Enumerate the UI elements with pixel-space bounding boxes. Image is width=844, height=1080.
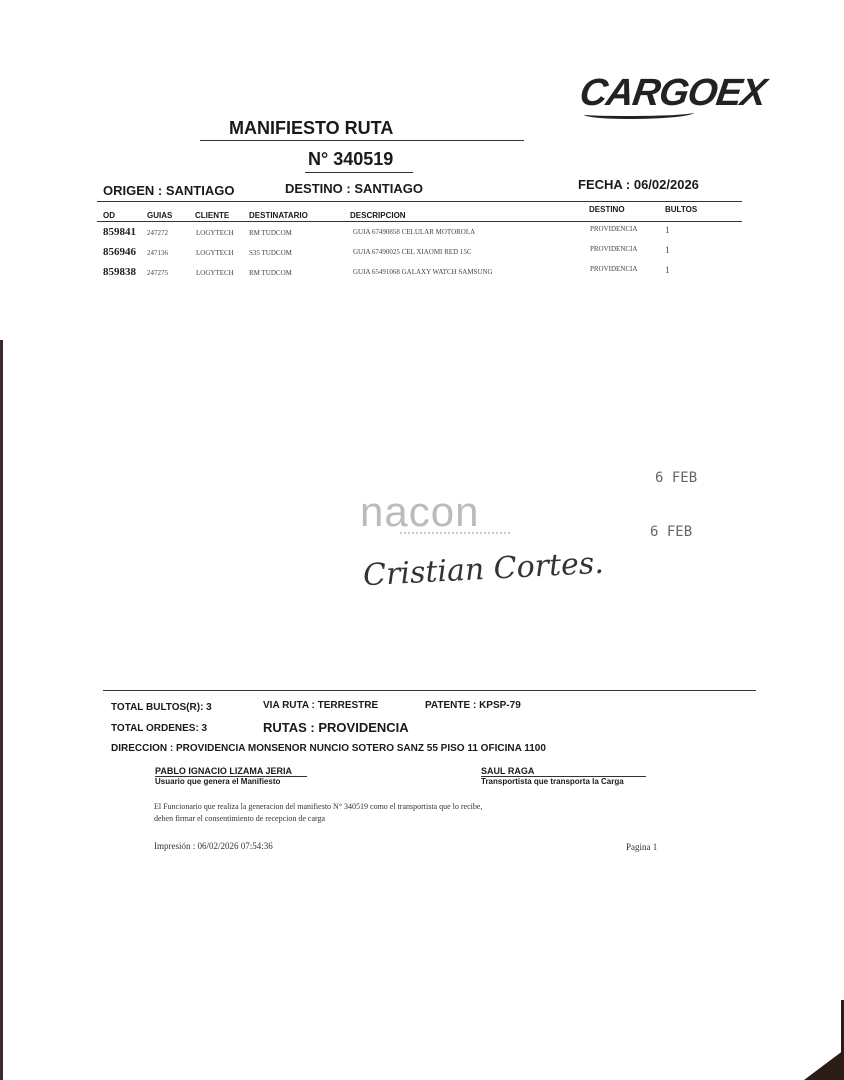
col-header-cliente: CLIENTE [195, 211, 229, 220]
col-header-destino: DESTINO [589, 205, 625, 214]
cell-descripcion: GUIA 67490858 CELULAR MOTOROLA [353, 228, 475, 236]
receiver-signature: Cristian Cortes. [362, 546, 604, 594]
cell-cliente: LOGYTECH [196, 229, 234, 237]
date-stamp-2: 6 FEB [650, 524, 692, 540]
cell-od: 859838 [103, 266, 136, 278]
cell-destinatario: S35 TUDCOM [249, 249, 292, 257]
col-header-od: OD [103, 211, 115, 220]
patente: PATENTE : KPSP-79 [425, 700, 521, 711]
carrier-role: Transportista que transporta la Carga [481, 777, 624, 786]
cell-destino: PROVIDENCIA [590, 225, 637, 233]
print-timestamp: Impresión : 06/02/2026 07:54:36 [154, 841, 273, 851]
cell-od: 859841 [103, 226, 136, 238]
stamp-subline [400, 532, 510, 535]
title-underline [200, 140, 524, 141]
cell-destino: PROVIDENCIA [590, 245, 637, 253]
destination: DESTINO : SANTIAGO [285, 181, 423, 196]
generator-role: Usuario que genera el Manifiesto [155, 777, 280, 786]
col-header-destinatario: DESTINATARIO [249, 211, 308, 220]
origin: ORIGEN : SANTIAGO [103, 183, 234, 198]
reception-stamp: nacon [360, 488, 479, 536]
table-rule-top [97, 201, 742, 202]
col-header-guias: GUIAS [147, 211, 172, 220]
date-stamp-1: 6 FEB [655, 470, 697, 486]
date: FECHA : 06/02/2026 [578, 177, 699, 192]
cell-descripcion: GUIA 67490025 CEL XIAOMI RED 15C [353, 248, 472, 256]
cell-od: 856946 [103, 246, 136, 258]
cell-descripcion: GUIA 65491068 GALAXY WATCH SAMSUNG [353, 268, 493, 276]
page-number: Pagina 1 [626, 842, 657, 852]
cell-bultos: 1 [665, 265, 670, 275]
scan-edge-left [0, 340, 3, 1080]
footer-rule [103, 690, 756, 691]
cell-cliente: LOGYTECH [196, 249, 234, 257]
note-line-1: El Funcionario que realiza la generacion… [154, 802, 482, 811]
rutas: RUTAS : PROVIDENCIA [263, 720, 409, 735]
table-rule-bottom [97, 221, 742, 222]
cell-guias: 247275 [147, 269, 168, 277]
cell-destino: PROVIDENCIA [590, 265, 637, 273]
note-line-2: deben firmar el consentimiento de recepc… [154, 814, 325, 823]
via-ruta: VIA RUTA : TERRESTRE [263, 700, 378, 711]
cell-guias: 247272 [147, 229, 168, 237]
generator-name: PABLO IGNACIO LIZAMA JERIA [155, 766, 292, 776]
direccion: DIRECCION : PROVIDENCIA MONSENOR NUNCIO … [111, 743, 546, 754]
cell-destinatario: RM TUDCOM [249, 229, 292, 237]
total-ordenes: TOTAL ORDENES: 3 [111, 723, 207, 734]
cell-cliente: LOGYTECH [196, 269, 234, 277]
scan-corner [804, 1050, 844, 1080]
cell-guias: 247136 [147, 249, 168, 257]
cell-bultos: 1 [665, 245, 670, 255]
col-header-bultos: BULTOS [665, 205, 697, 214]
document-title: MANIFIESTO RUTA [229, 118, 393, 139]
total-bultos: TOTAL BULTOS(R): 3 [111, 702, 212, 713]
cell-bultos: 1 [665, 225, 670, 235]
manifest-number: N° 340519 [308, 149, 393, 170]
cell-destinatario: RM TUDCOM [249, 269, 292, 277]
logo-swoosh [584, 108, 694, 119]
number-underline [305, 172, 413, 173]
col-header-descripcion: DESCRIPCION [350, 211, 406, 220]
carrier-name: SAUL RAGA [481, 766, 534, 776]
